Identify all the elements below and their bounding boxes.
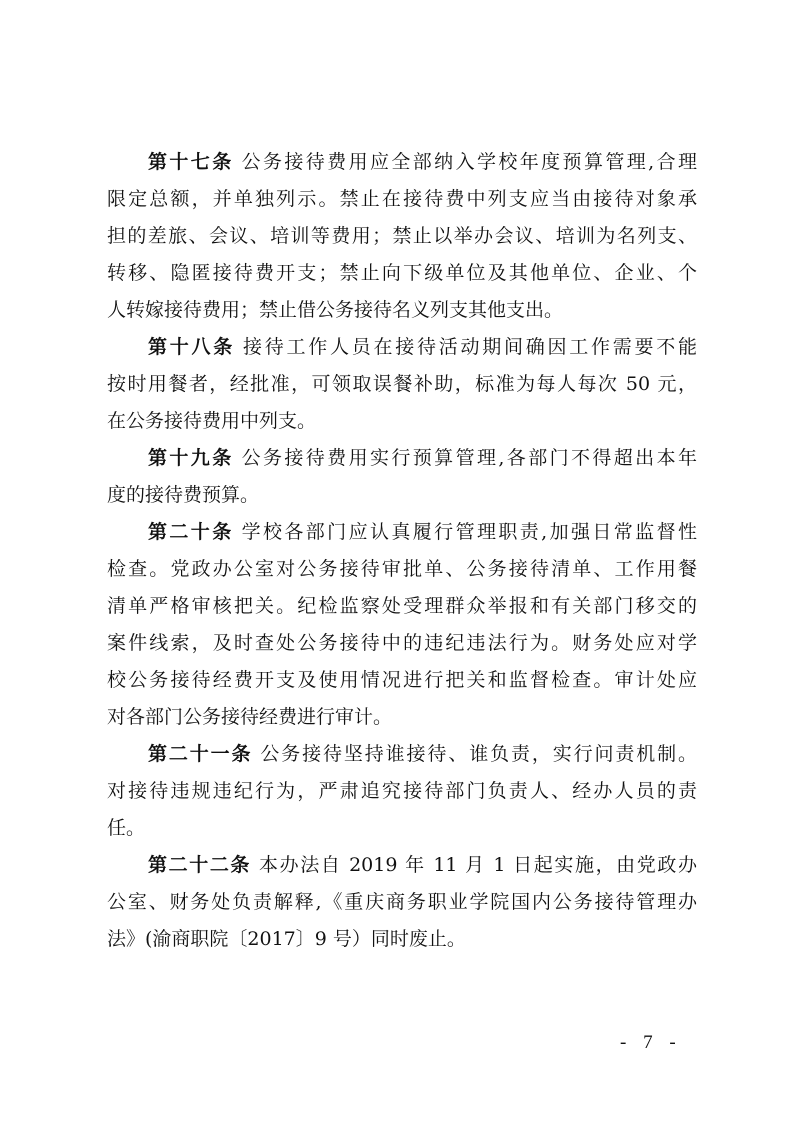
article-line: 第二十一条公务接待坚持谁接待、谁负责，实行问责机制。 [107, 738, 697, 775]
article-text: 公务接待费用应全部纳入学校年度预算管理,合理 [242, 151, 697, 173]
article-text: 接待工作人员在接待活动期间确因工作需要不能 [243, 336, 697, 358]
article-line: 法》(渝商职院〔2017〕9 号）同时废止。 [107, 923, 697, 960]
article-heading: 第十七条 [148, 151, 234, 173]
article-line: 人转嫁接待费用；禁止借公务接待名义列支其他支出。 [107, 294, 697, 331]
article-heading: 第二十条 [148, 521, 234, 543]
article-line: 案件线索，及时查处公务接待中的违纪违法行为。财务处应对学 [107, 627, 697, 664]
article-line: 按时用餐者，经批准，可领取误餐补助，标准为每人每次 50 元， [107, 368, 697, 405]
article-line: 第二十二条本办法自 2019 年 11 月 1 日起实施，由党政办 [107, 849, 697, 886]
article-20: 第二十条学校各部门应认真履行管理职责,加强日常监督性 检查。党政办公室对公务接待… [107, 516, 697, 738]
article-18: 第十八条接待工作人员在接待活动期间确因工作需要不能 按时用餐者，经批准，可领取误… [107, 331, 697, 442]
article-text: 学校各部门应认真履行管理职责,加强日常监督性 [242, 521, 697, 543]
article-line: 检查。党政办公室对公务接待审批单、公务接待清单、工作用餐 [107, 553, 697, 590]
article-line: 任。 [107, 812, 697, 849]
article-line: 清单严格审核把关。纪检监察处受理群众举报和有关部门移交的 [107, 590, 697, 627]
article-line: 度的接待费预算。 [107, 479, 697, 516]
article-line: 在公务接待费用中列支。 [107, 405, 697, 442]
article-text: 公务接待坚持谁接待、谁负责，实行问责机制。 [260, 743, 697, 765]
article-text: 公务接待费用实行预算管理,各部门不得超出本年 [242, 447, 697, 469]
document-body: 第十七条公务接待费用应全部纳入学校年度预算管理,合理 限定总额，并单独列示。禁止… [107, 146, 697, 960]
article-line: 转移、隐匿接待费开支；禁止向下级单位及其他单位、企业、个 [107, 257, 697, 294]
article-heading: 第二十一条 [148, 743, 252, 765]
article-text: 本办法自 2019 年 11 月 1 日起实施，由党政办 [259, 854, 697, 876]
article-line: 对接待违规违纪行为，严肃追究接待部门负责人、经办人员的责 [107, 775, 697, 812]
article-line: 第十八条接待工作人员在接待活动期间确因工作需要不能 [107, 331, 697, 368]
article-line: 第十九条公务接待费用实行预算管理,各部门不得超出本年 [107, 442, 697, 479]
article-17: 第十七条公务接待费用应全部纳入学校年度预算管理,合理 限定总额，并单独列示。禁止… [107, 146, 697, 331]
article-line: 第十七条公务接待费用应全部纳入学校年度预算管理,合理 [107, 146, 697, 183]
article-line: 担的差旅、会议、培训等费用；禁止以举办会议、培训为名列支、 [107, 220, 697, 257]
document-page: 第十七条公务接待费用应全部纳入学校年度预算管理,合理 限定总额，并单独列示。禁止… [0, 0, 794, 1123]
article-line: 第二十条学校各部门应认真履行管理职责,加强日常监督性 [107, 516, 697, 553]
article-21: 第二十一条公务接待坚持谁接待、谁负责，实行问责机制。 对接待违规违纪行为，严肃追… [107, 738, 697, 849]
article-heading: 第十九条 [148, 447, 234, 469]
page-number: - 7 - [620, 1032, 682, 1054]
article-19: 第十九条公务接待费用实行预算管理,各部门不得超出本年 度的接待费预算。 [107, 442, 697, 516]
article-heading: 第十八条 [148, 336, 235, 358]
article-line: 限定总额，并单独列示。禁止在接待费中列支应当由接待对象承 [107, 183, 697, 220]
article-22: 第二十二条本办法自 2019 年 11 月 1 日起实施，由党政办 公室、财务处… [107, 849, 697, 960]
article-heading: 第二十二条 [148, 854, 251, 876]
article-line: 校公务接待经费开支及使用情况进行把关和监督检查。审计处应 [107, 664, 697, 701]
article-line: 公室、财务处负责解释,《重庆商务职业学院国内公务接待管理办 [107, 886, 697, 923]
article-line: 对各部门公务接待经费进行审计。 [107, 701, 697, 738]
